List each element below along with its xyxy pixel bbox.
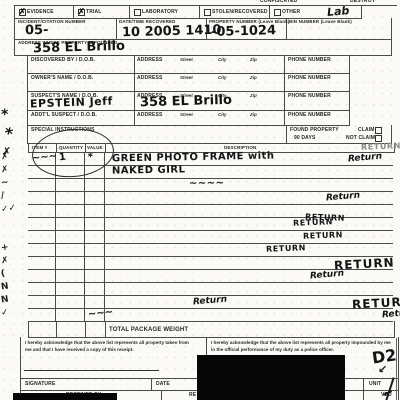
owner-name-label: OWNER'S NAME / D.O.B.: [31, 75, 93, 81]
quantity-cell: [55, 191, 85, 204]
item-number-cell: [28, 269, 56, 282]
description-cell: RETURN: [104, 230, 393, 243]
datetime-recovered-value: 10 2005 1410: [122, 24, 222, 40]
quantity-cell: [55, 295, 85, 308]
item-number-cell: [28, 178, 56, 191]
signature-line: [24, 370, 159, 371]
description-cell: RETURNRETURN: [104, 217, 393, 230]
margin-pen-mark: *: [1, 108, 8, 122]
description-cell: GREEN PHOTO FRAME withReturn: [104, 152, 393, 165]
description-cell: Return: [104, 191, 393, 204]
description-cell: [104, 282, 393, 295]
laboratory-label: LABORATORY: [142, 9, 178, 15]
confiscated-partial-label: CONFISCATED: [260, 0, 297, 4]
return-handwriting: Return: [348, 153, 383, 165]
value-cell: [84, 282, 105, 295]
item-number-cell: [28, 217, 56, 230]
bin-number-label: BIN NUMBER (Leave Blank): [289, 19, 352, 24]
item-number-cell: [28, 243, 56, 256]
item-row: N: [28, 282, 393, 296]
item-number-cell: [28, 191, 56, 204]
classification-row: EVIDENCE TRIAL LABORATORY STOLEN/RECOVER…: [14, 5, 362, 19]
margin-pen-mark: ✗: [0, 165, 9, 176]
margin-pen-mark: ✓: [0, 308, 9, 319]
other-checkbox: [274, 9, 281, 16]
item-number-cell: [28, 295, 56, 308]
not-claim-checkbox: [375, 135, 382, 142]
description-cell: Return: [104, 269, 393, 282]
phone-number-label: PHONE NUMBER: [288, 57, 331, 63]
addtl-suspect-label: ADDT'L SUSPECT / D.O.B.: [31, 112, 97, 118]
quantity-cell: [55, 256, 85, 269]
value-cell: [84, 256, 105, 269]
description-handwriting: GREEN PHOTO FRAME with: [112, 152, 275, 165]
return-handwriting-overlap: RETURN: [305, 213, 345, 222]
zip-label: Zip: [250, 75, 257, 80]
acknowledgment-left-text: I hereby acknowledge that the above list…: [25, 340, 190, 353]
stolen-recovered-checkbox: [204, 9, 211, 16]
acknowledgment-right-text: I hereby acknowledge that the above list…: [211, 340, 391, 353]
not-claim-label: NOT CLAIM: [346, 135, 375, 141]
city-label: City: [218, 75, 227, 80]
quantity-cell: [55, 269, 85, 282]
description-cell: [104, 204, 393, 217]
quantity-cell: [55, 217, 85, 230]
return-handwriting: Return: [310, 270, 345, 282]
margin-pen-mark: *: [2, 125, 14, 143]
city-label: City: [218, 57, 227, 62]
trial-label: TRIAL: [86, 9, 101, 15]
description-cell: RETURN: [104, 256, 393, 269]
description-cell: NAKED GIRL: [104, 165, 393, 178]
lab-handwriting: Lab: [327, 5, 350, 18]
margin-pen-mark: N: [0, 295, 9, 306]
item-number-cell: [28, 230, 56, 243]
return-handwriting: Return: [382, 309, 400, 321]
item-row: RETURNRETURN: [28, 217, 393, 231]
address-label: ADDRESS: [137, 112, 163, 118]
unit-label: UNIT: [369, 381, 381, 387]
zip-label: Zip: [250, 93, 257, 98]
item-row: ✗RETURN: [28, 256, 393, 270]
header-ghost-return-handwriting: RETURN: [361, 142, 400, 151]
city-label: City: [218, 112, 227, 117]
quantity-cell: [55, 204, 85, 217]
item-number-cell: [28, 282, 56, 295]
numbers-row: INCIDENT/CITATION NUMBER 05- DATE/TIME R…: [14, 18, 392, 40]
suspect-address-value: 358 EL Brillo: [140, 94, 232, 109]
address-impounded-row: ADDRESS WHERE PROPERTY IMPOUNDED 358 EL …: [14, 39, 392, 56]
margin-pen-mark: +: [0, 243, 9, 254]
item-row: NReturnRETURN: [28, 295, 393, 309]
phone-number-label: PHONE NUMBER: [288, 112, 331, 118]
date-label: DATE: [156, 381, 170, 387]
quantity-cell: [55, 230, 85, 243]
item-row: (Return: [28, 269, 393, 283]
description-header: DESCRIPTION: [224, 145, 256, 150]
address-impounded-value: 358 EL Brillo: [33, 40, 125, 55]
margin-pen-mark: N: [0, 282, 9, 293]
property-number-value: -05-1024: [211, 24, 276, 39]
value-cell: [84, 204, 105, 217]
received-by-middle-partial: RE: [189, 392, 196, 398]
item-number-cell: [28, 308, 56, 321]
value-cell: [84, 269, 105, 282]
zip-label: Zip: [250, 57, 257, 62]
quantity-cell: [55, 308, 85, 321]
item-row: +RETURN: [28, 243, 393, 257]
discovered-by-label: DISCOVERED BY / D.O.B.: [31, 57, 95, 63]
phone-number-label: PHONE NUMBER: [288, 93, 331, 99]
ninety-days-label: 90 DAYS: [294, 135, 315, 141]
signature-label: SIGNATURE: [25, 381, 55, 387]
quantity-cell: [55, 282, 85, 295]
street-label: Street: [180, 57, 193, 62]
address-label: ADDRESS: [137, 57, 163, 63]
total-package-weight-label: TOTAL PACKAGE WEIGHT: [109, 327, 188, 333]
description-handwriting: ~~~~: [189, 179, 225, 190]
description-cell: Return: [104, 308, 393, 321]
quantity-cell: [55, 178, 85, 191]
other-label: OTHER: [282, 9, 300, 15]
description-cell: RETURN: [104, 243, 393, 256]
margin-pen-mark: (: [0, 269, 5, 279]
item-row: ~~~~~: [28, 178, 393, 192]
margin-pen-mark: ✓✓: [0, 203, 16, 215]
address-label: ADDRESS: [137, 75, 163, 81]
trial-checkbox: [78, 9, 85, 16]
value-cell: ~~~: [84, 308, 105, 321]
value-cell: [84, 230, 105, 243]
page-edge-line: [396, 338, 397, 400]
item-number-cell: [28, 256, 56, 269]
margin-pen-mark: /: [0, 191, 5, 201]
addtl-suspect-row: ADDT'L SUSPECT / D.O.B. ADDRESS Street C…: [27, 110, 350, 126]
claim-label: CLAIM: [358, 127, 375, 133]
value-cell: [84, 243, 105, 256]
stolen-recovered-label: STOLEN/RECOVERED: [212, 9, 268, 15]
incident-number-value: 05-: [25, 24, 49, 38]
return-handwriting: RETURN: [303, 231, 343, 240]
suspect-name-value: EPSTEIN Jeff: [30, 96, 113, 110]
redaction-box-right: [197, 355, 345, 400]
margin-pen-mark: ✗: [0, 256, 9, 267]
item-row: /Return: [28, 191, 393, 205]
return-handwriting: RETURN: [266, 244, 306, 253]
street-label: Street: [180, 112, 193, 117]
item-row: ✓~~~Return: [28, 308, 393, 322]
found-property-label: FOUND PROPERTY: [290, 127, 339, 133]
zip-label: Zip: [250, 112, 257, 117]
description-cell: ReturnRETURN: [104, 295, 393, 308]
return-handwriting: Return: [193, 296, 228, 308]
claim-checkbox: [375, 127, 382, 134]
phone-number-label: PHONE NUMBER: [288, 75, 331, 81]
description-cell: ~~~~: [104, 178, 393, 191]
evidence-checkbox: [19, 9, 26, 16]
item-row: RETURN: [28, 230, 393, 244]
destroy-partial-label: DESTROY: [350, 0, 375, 4]
margin-pen-mark: ✗: [2, 146, 11, 157]
item-number-cell: [28, 204, 56, 217]
value-cell: [84, 295, 105, 308]
evidence-label: EVIDENCE: [27, 9, 54, 15]
discovered-by-row: DISCOVERED BY / D.O.B. ADDRESS Street Ci…: [27, 55, 350, 74]
margin-pen-mark: ~: [0, 178, 9, 189]
quantity-cell: [55, 243, 85, 256]
scanned-property-receipt-form: CONFISCATED DESTROY EVIDENCE TRIAL LABOR…: [0, 0, 400, 400]
suspect-row: SUSPECT'S NAME / D.O.B. EPSTEIN Jeff ADD…: [27, 91, 350, 111]
redaction-box-bottom-left: [13, 393, 117, 400]
owner-row: OWNER'S NAME / D.O.B. ADDRESS Street Cit…: [27, 73, 350, 92]
description-handwriting: NAKED GIRL: [112, 165, 186, 176]
return-handwriting: Return: [326, 192, 361, 204]
value-cell: [84, 191, 105, 204]
street-label: Street: [180, 75, 193, 80]
unit-arrow-handwriting: ↙: [378, 364, 387, 375]
value-cell: [84, 217, 105, 230]
laboratory-checkbox: [134, 9, 141, 16]
value-cell: [84, 178, 105, 191]
total-package-weight-row: TOTAL PACKAGE WEIGHT: [28, 321, 395, 338]
